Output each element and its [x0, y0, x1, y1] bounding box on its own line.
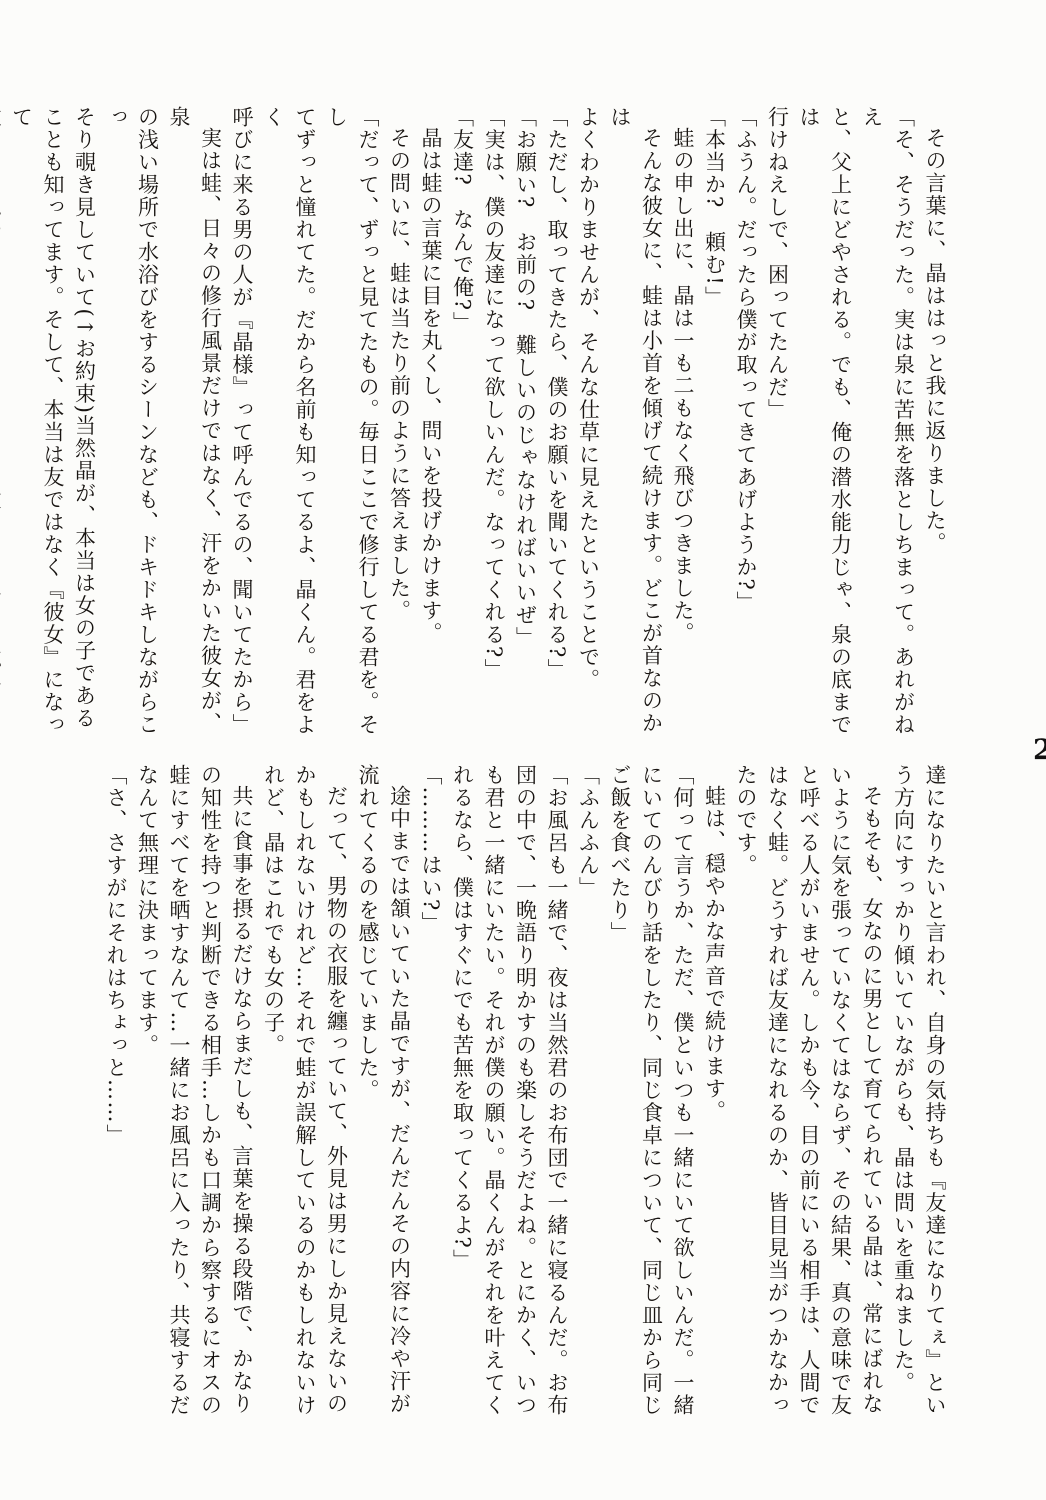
- text-column: 共に食事を摂るだけならまだしも、言葉を操る段階で、かなり: [226, 764, 258, 1436]
- text-column: そり覗き見していて(↑お約束)当然晶が、本当は女の子である: [68, 106, 100, 754]
- text-column: ことも知ってます。そして、本当は友ではなく『彼女』になって: [5, 106, 68, 754]
- text-column: 「何って言うか、ただ、僕といつも一緒にいて欲しいんだ。一緒: [667, 764, 699, 1436]
- text-column: う方向にすっかり傾いていながらも、晶は問いを重ねました。: [887, 764, 919, 1436]
- text-column: ご飯を食べたり」: [604, 764, 636, 1436]
- text-column: その言葉に、晶ははっと我に返りました。: [919, 106, 951, 754]
- page-number: 2: [1033, 733, 1046, 766]
- text-column: 「友達? なんで俺?」: [446, 106, 478, 754]
- text-column: てずっと憧れてた。だから名前も知ってるよ、晶くん。君をよく: [257, 106, 320, 754]
- text-column: れるなら、僕はすぐにでも苦無を取ってくるよ?」: [446, 764, 478, 1436]
- text-column: そんな彼女に、蛙は小首を傾げて続けます。どこが首なのかは: [604, 106, 667, 754]
- text-block-top: その言葉に、晶ははっと我に返りました。「そ、そうだった。実は泉に苦無を落としちま…: [0, 106, 950, 754]
- text-column: よくわかりませんが、そんな仕草に見えたということで。: [572, 106, 604, 754]
- text-column: 行けねえしで、困ってたんだ」: [761, 106, 793, 754]
- text-column: れど、晶はこれでも女の子。: [257, 764, 289, 1436]
- text-column: 達になりたいと言われ、自身の気持ちも『友達になりてぇ』とい: [919, 764, 951, 1436]
- text-column: 「………はい?」: [415, 764, 447, 1436]
- text-column: 「ふんふん」: [572, 764, 604, 1436]
- text-column: かもしれないけれど…それで蛙が誤解しているのかもしれないけ: [289, 764, 321, 1436]
- text-column: 「実は、僕の友達になって欲しいんだ。なってくれる?」: [478, 106, 510, 754]
- text-column: と、父上にどやされる。でも、俺の潜水能力じゃ、泉の底までは: [793, 106, 856, 754]
- text-column: と呼べる人がいません。しかも今、目の前にいる相手は、人間で: [793, 764, 825, 1436]
- text-column: 途中までは頷いていた晶ですが、だんだんその内容に冷や汗が: [383, 764, 415, 1436]
- novel-page: その言葉に、晶ははっと我に返りました。「そ、そうだった。実は泉に苦無を落としちま…: [0, 0, 1046, 1500]
- text-column: いように気を張っていなくてはならず、その結果、真の意味で友: [824, 764, 856, 1436]
- text-column: 流れてくるのを感じていました。: [352, 764, 384, 1436]
- text-column: 晶は蛙の言葉に目を丸くし、問いを投げかけます。: [415, 106, 447, 754]
- text-column: も君と一緒にいたい。それが僕の願い。晶くんがそれを叶えてく: [478, 764, 510, 1436]
- text-column: 蛙にすべてを晒すなんて…一緒にお風呂に入ったり、共寝するだ: [163, 764, 195, 1436]
- text-block-bottom: 達になりたいと言われ、自身の気持ちも『友達になりてぇ』という方向にすっかり傾いて…: [100, 764, 951, 1436]
- text-column: 団の中で、一晩語り明かすのも楽しそうだよね。とにかく、いつ: [509, 764, 541, 1436]
- text-column: なんて無理に決まってます。: [131, 764, 163, 1436]
- text-column: 実は蛙、日々の修行風景だけではなく、汗をかいた彼女が、泉: [163, 106, 226, 754]
- text-column: 蛙の申し出に、晶は一も二もなく飛びつきました。: [667, 106, 699, 754]
- text-column: 「ただし、取ってきたら、僕のお願いを聞いてくれる?」: [541, 106, 573, 754]
- text-column: 「お風呂も一緒で、夜は当然君のお布団で一緒に寝るんだ。お布: [541, 764, 573, 1436]
- text-column: にいてのんびり話をしたり、同じ食卓について、同じ皿から同じ: [635, 764, 667, 1436]
- text-column: の浅い場所で水浴びをするシーンなども、ドキドキしながらこっ: [100, 106, 163, 754]
- text-column: 「だって、ずっと見てたもの。毎日ここで修行してる君を。そし: [320, 106, 383, 754]
- text-column: だって、男物の衣服を纏っていて、外見は男にしか見えないの: [320, 764, 352, 1436]
- text-column: 欲しいと思っていたりもします。でも敢えてそれには触れず、蛙: [0, 106, 5, 754]
- text-column: 蛙は、穏やかな声音で続けます。: [698, 764, 730, 1436]
- text-column: 「ふうん。だったら僕が取ってきてあげようか?」: [730, 106, 762, 754]
- text-column: 「さ、さすがにそれはちょっと……」: [100, 764, 132, 1436]
- text-column: その問いに、蛙は当たり前のように答えました。: [383, 106, 415, 754]
- text-column: はなく蛙。どうすれば友達になれるのか、皆目見当がつかなかっ: [761, 764, 793, 1436]
- text-column: 呼びに来る男の人が『晶様』って呼んでるの、聞いてたから」: [226, 106, 258, 754]
- text-column: 「お願い? お前の? 難しいのじゃなければいいぜ」: [509, 106, 541, 754]
- text-column: 「本当か? 頼む!」: [698, 106, 730, 754]
- text-column: の知性を持つと判断できる相手…しかも口調から察するにオスの: [194, 764, 226, 1436]
- text-column: 「そ、そうだった。実は泉に苦無を落としちまって。あれがねえ: [856, 106, 919, 754]
- text-column: そもそも、女なのに男として育てられている晶は、常にばれな: [856, 764, 888, 1436]
- text-column: たのです。: [730, 764, 762, 1436]
